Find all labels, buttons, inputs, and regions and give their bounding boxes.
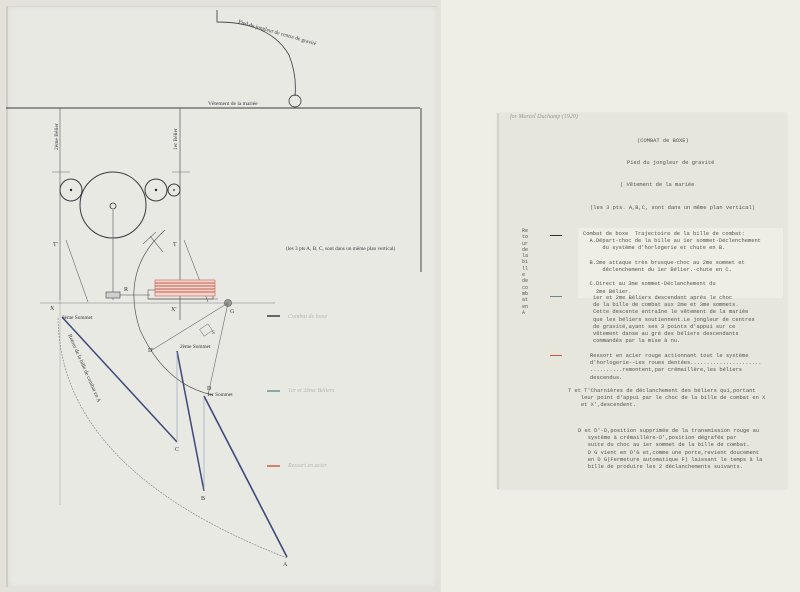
label-3e-sommet: 3ème Sommet (62, 315, 93, 321)
doc-section-4: T et T'Charnières de déclanchement des b… (568, 388, 765, 410)
label-2e-sommet: 2ème Sommet (180, 344, 211, 350)
red-spring (155, 280, 215, 296)
label-A: A (283, 562, 288, 568)
label-pied: Pied du jongleur de centre de gravité (237, 19, 317, 47)
trajectory-lines (62, 317, 287, 557)
technical-drawing: Pied du jongleur de centre de gravité Vê… (0, 0, 441, 592)
label-T2: T' (53, 242, 58, 248)
doc-line-plan: (les 3 pts. A,B,C, sont dans un même pla… (590, 205, 755, 212)
doc-section-3: Ressort en acier rouge actionnant tout l… (590, 353, 761, 382)
label-1er-sommet: 1er Sommet (207, 392, 233, 398)
label-T: T (173, 242, 177, 248)
label-D2: D' (148, 348, 153, 354)
label-G: G (230, 309, 235, 315)
label-belier-1: 1er Bélier (173, 128, 179, 150)
label-X: X (50, 306, 55, 312)
doc-margin-vertical: Retour de la bille de combat en A (522, 228, 528, 316)
doc-section-5: D et D'-D,position supprimée de la trans… (578, 428, 762, 471)
doc-title: (COMBAT de BOXE) (637, 138, 689, 145)
label-R: R (124, 287, 128, 293)
legend-ressort: Ressort en acier (287, 463, 328, 469)
legend-boxe: Combat de boxe (288, 314, 327, 320)
doc-line-pied: Pied du jongleur de gravité (627, 160, 714, 167)
jongleur-foot-circle (289, 95, 301, 107)
legend-beliers: 1er et 2ème Béliers (288, 388, 335, 394)
label-belier-2: 2ème Bélier (54, 123, 60, 150)
jongleur-curve (217, 10, 295, 96)
label-C: C (175, 447, 179, 453)
doc-section-2: 1er et 2me Béliers descendant après le c… (593, 295, 755, 345)
pencil-note: for Marcel Duchamp (1920) (510, 114, 578, 120)
label-vetement: Vêtement de la mariée (208, 101, 258, 107)
label-X2: X' (171, 307, 176, 313)
label-plan: (les 3 pts A, B, C, sont dans un même pl… (286, 245, 395, 252)
label-retour: Retour de la bille de combat en A (66, 333, 101, 403)
label-B: B (201, 496, 205, 502)
doc-line-vetement: ( Vêtement de la mariée (620, 182, 694, 189)
label-S: S (212, 331, 215, 336)
doc-section-1: Combat de boxe Trajectoire de la bille d… (583, 231, 761, 296)
